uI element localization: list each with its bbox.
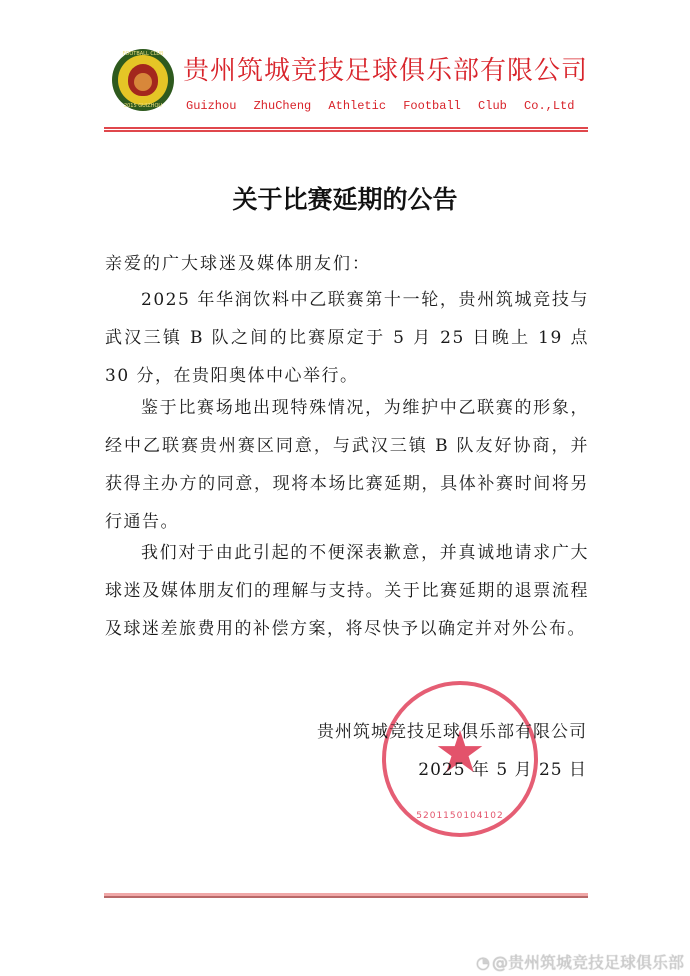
announcement-title: 关于比赛延期的公告 [0,180,690,216]
paragraph-2: 鉴于比赛场地出现特殊情况，为维护中乙联赛的形象，经中乙联赛贵州赛区同意，与武汉三… [105,389,589,541]
date: 2025 年 5 月 25 日 [418,755,587,780]
footer-divider [104,893,588,898]
header-divider [104,127,588,132]
paragraph-1: 2025 年华润饮料中乙联赛第十一轮，贵州筑城竞技与武汉三镇 B 队之间的比赛原… [105,281,589,395]
watermark-text: @贵州筑城竞技足球俱乐部 [492,953,684,972]
greeting: 亲爱的广大球迷及媒体朋友们： [105,249,371,274]
weibo-watermark: ◔@贵州筑城竞技足球俱乐部 [476,950,684,973]
company-name-cn: 贵州筑城竞技足球俱乐部有限公司 [183,50,588,87]
signature: 贵州筑城竞技足球俱乐部有限公司 [317,717,587,742]
lion-face-icon [134,73,152,91]
logo-bottom-text: 2015 GUIZHOU [112,103,174,109]
paragraph-3: 我们对于由此引起的不便深表歉意，并真诚地请求广大球迷及媒体朋友们的理解与支持。关… [105,534,589,648]
club-logo: FOOTBALL CLUB 2015 GUIZHOU [112,49,174,111]
seal-code: 5201150104102 [386,811,534,821]
logo-top-text: FOOTBALL CLUB [112,51,174,57]
weibo-icon: ◔ [476,953,490,972]
company-name-en: Guizhou ZhuCheng Athletic Football Club … [186,99,574,113]
